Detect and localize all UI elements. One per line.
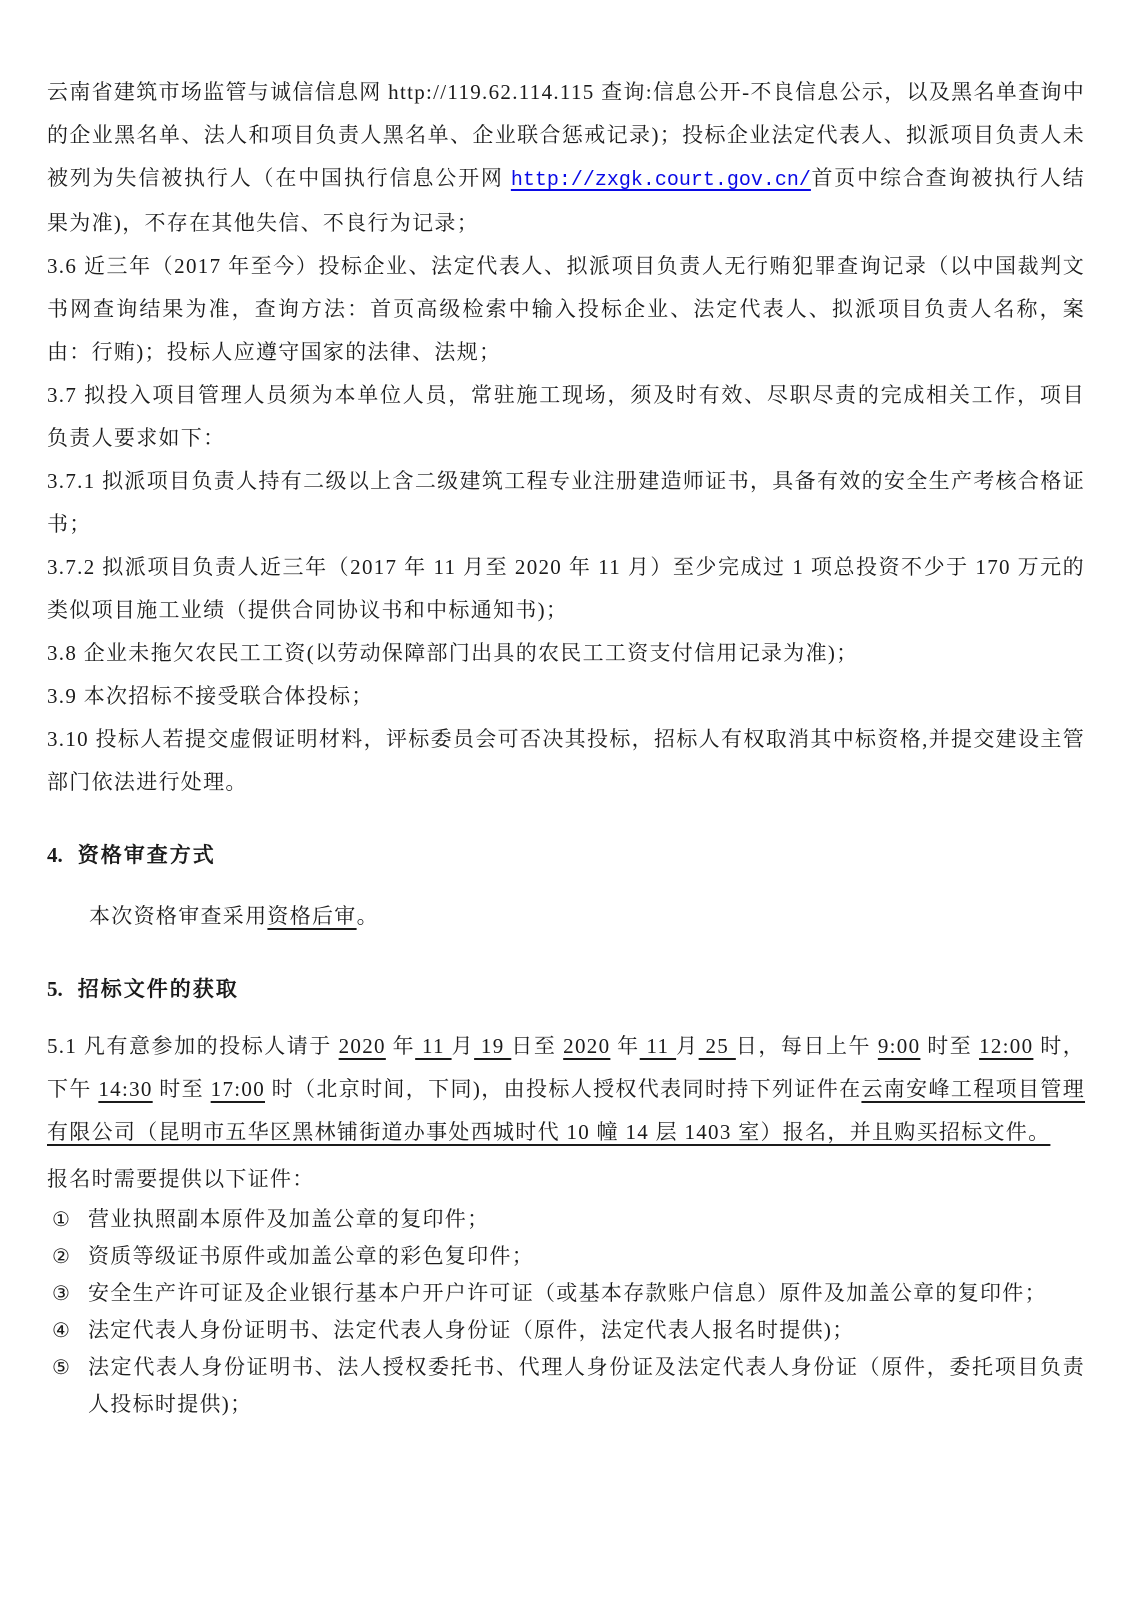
text-run: 日至: [511, 1034, 563, 1058]
clause-3-7: 3.7 拟投入项目管理人员须为本单位人员，常驻施工现场，须及时有效、尽职尽责的完…: [47, 374, 1085, 460]
text-run: 时（北京时间，下同)，由投标人授权代表同时持下列证件在: [265, 1077, 861, 1101]
text-run: 法定代表人身份证明书、法定代表人身份证（原件，法定代表人报名时提供)；: [88, 1318, 855, 1342]
underlined-text: 9:00: [878, 1034, 921, 1058]
text-run: 月: [452, 1034, 475, 1058]
certificate-item-4: ④法定代表人身份证明书、法定代表人身份证（原件，法定代表人报名时提供)；: [47, 1312, 1085, 1349]
circled-number-marker: ⑤: [52, 1349, 71, 1386]
text-run: 资质等级证书原件或加盖公章的彩色复印件；: [88, 1244, 534, 1268]
certificate-item-3: ③安全生产许可证及企业银行基本户开户许可证（或基本存款账户信息）原件及加盖公章的…: [47, 1275, 1085, 1312]
clause-3-7-2: 3.7.2 拟派项目负责人近三年（2017 年 11 月至 2020 年 11 …: [47, 546, 1085, 632]
text-run: 年: [386, 1034, 415, 1058]
text-run: 3.7 拟投入项目管理人员须为本单位人员，常驻施工现场，须及时有效、尽职尽责的完…: [47, 383, 1085, 450]
clause-5-1: 5.1 凡有意参加的投标人请于 2020 年 11 月 19 日至 2020 年…: [47, 1025, 1085, 1154]
text-run: 时至: [920, 1034, 979, 1058]
text-run: 安全生产许可证及企业银行基本户开户许可证（或基本存款账户信息）原件及加盖公章的复…: [88, 1281, 1047, 1305]
underlined-text: 2020: [563, 1034, 610, 1058]
text-run: 3.10 投标人若提交虚假证明材料，评标委员会可否决其投标，招标人有权取消其中标…: [47, 727, 1085, 794]
underlined-text: 19: [474, 1034, 511, 1058]
document-content: 云南省建筑市场监管与诚信信息网 http://119.62.114.115 查询…: [47, 71, 1085, 1423]
clause-3-9: 3.9 本次招标不接受联合体投标；: [47, 675, 1085, 718]
underlined-text: 25: [699, 1034, 736, 1058]
text-run: 3.6 近三年（2017 年至今）投标企业、法定代表人、拟派项目负责人无行贿犯罪…: [47, 254, 1085, 364]
underlined-text: 14:30: [98, 1077, 152, 1101]
circled-number-marker: ④: [52, 1312, 71, 1349]
text-run: 年: [610, 1034, 639, 1058]
section-5-heading: 5.招标文件的获取: [47, 968, 1085, 1011]
hyperlink[interactable]: http://zxgk.court.gov.cn/: [511, 169, 811, 192]
clause-3-10: 3.10 投标人若提交虚假证明材料，评标委员会可否决其投标，招标人有权取消其中标…: [47, 718, 1085, 804]
text-run: 日，每日上午: [736, 1034, 878, 1058]
section-4-heading: 4.资格审查方式: [47, 834, 1085, 877]
text-run: 。: [357, 904, 379, 928]
document-page: 云南省建筑市场监管与诚信信息网 http://119.62.114.115 查询…: [0, 0, 1131, 1600]
text-run: 3.8 企业未拖欠农民工工资(以劳动保障部门出具的农民工工资支付信用记录为准)；: [47, 641, 858, 665]
text-run: 时至: [153, 1077, 211, 1101]
circled-number-marker: ①: [52, 1201, 71, 1238]
text-run: 本次资格审查采用: [89, 904, 267, 928]
text-run: 报名时需要提供以下证件：: [47, 1167, 315, 1191]
heading-number: 4.: [47, 834, 63, 877]
underlined-text: 17:00: [211, 1077, 265, 1101]
heading-number: 5.: [47, 968, 63, 1011]
underlined-text: 12:00: [979, 1034, 1033, 1058]
registration-requirements-intro: 报名时需要提供以下证件：: [47, 1158, 1085, 1201]
certificate-item-2: ②资质等级证书原件或加盖公章的彩色复印件；: [47, 1238, 1085, 1275]
underlined-text: 2020: [339, 1034, 386, 1058]
clause-3-5-continuation: 云南省建筑市场监管与诚信信息网 http://119.62.114.115 查询…: [47, 71, 1085, 245]
text-run: 3.7.2 拟派项目负责人近三年（2017 年 11 月至 2020 年 11 …: [47, 555, 1085, 622]
underlined-text: 11: [415, 1034, 451, 1058]
text-run: 资格审查方式: [78, 843, 216, 867]
text-run: 法定代表人身份证明书、法人授权委托书、代理人身份证及法定代表人身份证（原件，委托…: [88, 1355, 1085, 1416]
text-run: 招标文件的获取: [78, 977, 239, 1001]
text-run: 5.1 凡有意参加的投标人请于: [47, 1034, 339, 1058]
text-run: 3.9 本次招标不接受联合体投标；: [47, 684, 374, 708]
circled-number-marker: ②: [52, 1238, 71, 1275]
text-run: 月: [676, 1034, 699, 1058]
clause-3-6: 3.6 近三年（2017 年至今）投标企业、法定代表人、拟派项目负责人无行贿犯罪…: [47, 245, 1085, 374]
circled-number-marker: ③: [52, 1275, 71, 1312]
clause-3-8: 3.8 企业未拖欠农民工工资(以劳动保障部门出具的农民工工资支付信用记录为准)；: [47, 632, 1085, 675]
underlined-text: 资格后审: [267, 904, 356, 928]
clause-3-7-1: 3.7.1 拟派项目负责人持有二级以上含二级建筑工程专业注册建造师证书，具备有效…: [47, 460, 1085, 546]
underlined-text: 11: [640, 1034, 676, 1058]
text-run: 3.7.1 拟派项目负责人持有二级以上含二级建筑工程专业注册建造师证书，具备有效…: [47, 469, 1085, 536]
certificate-item-5: ⑤法定代表人身份证明书、法人授权委托书、代理人身份证及法定代表人身份证（原件，委…: [47, 1349, 1085, 1423]
text-run: 营业执照副本原件及加盖公章的复印件；: [88, 1207, 489, 1231]
certificate-item-1: ①营业执照副本原件及加盖公章的复印件；: [47, 1201, 1085, 1238]
clause-4-body: 本次资格审查采用资格后审。: [47, 895, 1085, 938]
